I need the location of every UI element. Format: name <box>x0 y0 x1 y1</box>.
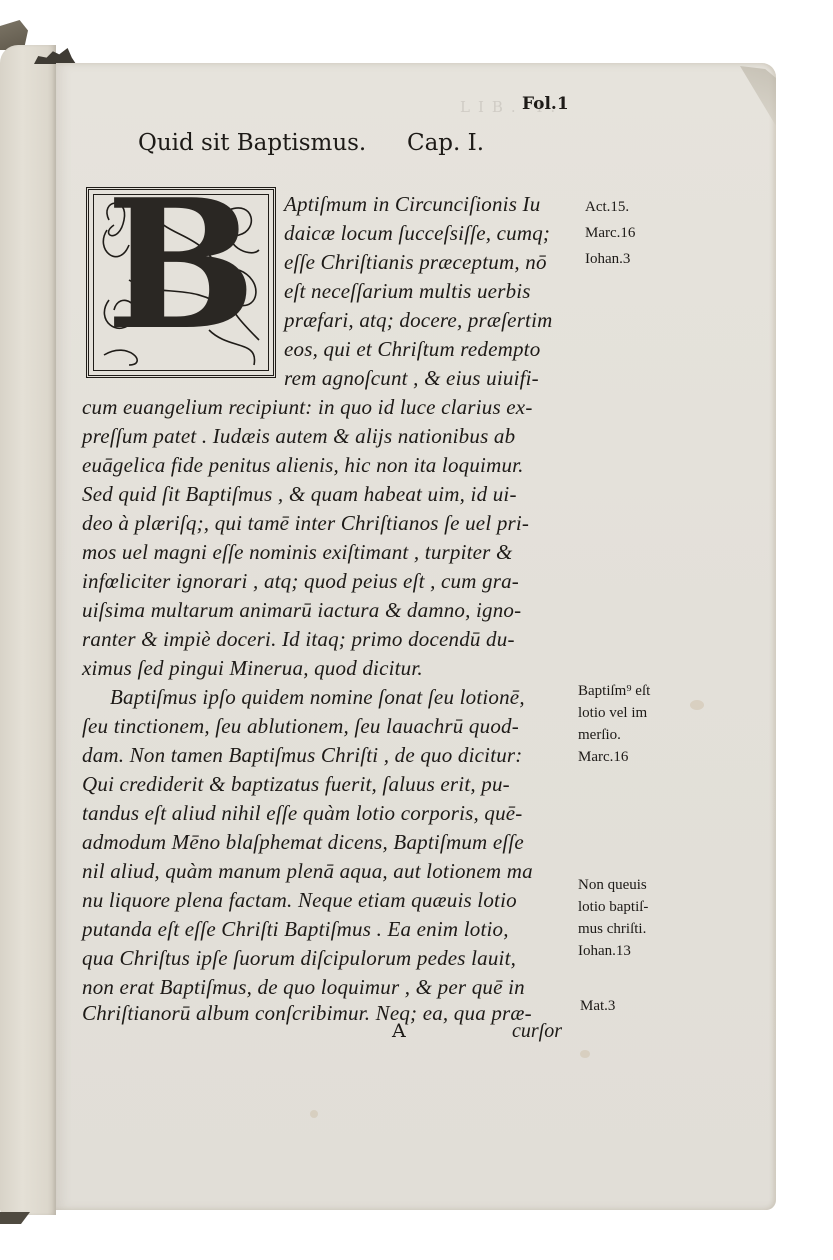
text-line: rem agnoſcunt , & eius uiuifi- <box>284 366 539 391</box>
margin-note-line: Iohan.3 <box>585 246 635 272</box>
foxing-stain <box>690 700 704 710</box>
text-line: preſſum patet . Iudæis autem & alijs nat… <box>82 424 515 449</box>
text-line: eſſe Chriſtianis præceptum, nō <box>284 250 547 275</box>
margin-note-line: Baptiſm⁹ eſt <box>578 680 650 702</box>
margin-note-line: lotio vel im <box>578 702 650 724</box>
text-line: putanda eſt eſſe Chriſti Baptiſmus . Ea … <box>82 917 509 942</box>
text-line: mos uel magni eſſe nominis exiſtimant , … <box>82 540 513 565</box>
text-line: ranter & impiè doceri. Id itaq; primo do… <box>82 627 515 652</box>
margin-note-line: mus chriſti. <box>578 918 648 940</box>
text-line: euāgelica fide penitus alienis, hic non … <box>82 453 524 478</box>
margin-note-not-any-washing: Non queuis lotio baptiſ- mus chriſti. Io… <box>578 874 648 962</box>
text-line: ſeu tinctionem, ſeu ablutionem, ſeu laua… <box>82 714 519 739</box>
margin-note-line: Marc.16 <box>585 220 635 246</box>
text-line: præfari, atq; docere, præſertim <box>284 308 553 333</box>
margin-note-line: Non queuis <box>578 874 648 896</box>
text-line: admodum Mēno blaſphemat dicens, Baptiſmu… <box>82 830 524 855</box>
chapter-number: Cap. I. <box>407 130 484 156</box>
decorated-initial: B <box>86 187 276 378</box>
text-line: eſt neceſſarium multis uerbis <box>284 279 531 304</box>
margin-note-line: Iohan.13 <box>578 940 648 962</box>
text-line: Chriſtianorū album conſcribimur. Neq; ea… <box>82 1001 532 1026</box>
initial-letter: B <box>89 176 273 354</box>
margin-note-baptism-definition: Baptiſm⁹ eſt lotio vel im merſio. Marc.1… <box>578 680 650 768</box>
text-line: daicæ locum ſucceſsiſſe, cumq; <box>284 221 550 246</box>
text-line: Aptiſmum in Circunciſionis Iu <box>284 192 540 217</box>
text-line: qua Chriſtus ipſe ſuorum diſcipulorum pe… <box>82 946 516 971</box>
margin-note-line: merſio. <box>578 724 650 746</box>
signature-mark: A <box>392 1020 406 1042</box>
text-line: nil aliud, quàm manum plenā aqua, aut lo… <box>82 859 533 884</box>
margin-note-matthew: Mat.3 <box>580 995 615 1017</box>
catchword: curſor <box>512 1020 562 1043</box>
margin-note-references: Act.15. Marc.16 Iohan.3 <box>585 194 635 272</box>
text-line: infœliciter ignorari , atq; quod peius e… <box>82 569 519 594</box>
text-line: eos, qui et Chriſtum redempto <box>284 337 540 362</box>
foxing-stain <box>580 1050 590 1058</box>
text-line: ximus ſed pingui Mineruа, quod dicitur. <box>82 656 423 681</box>
margin-note-line: Mat.3 <box>580 995 615 1017</box>
text-line: tandus eſt aliud nihil eſſe quàm lotio c… <box>82 801 523 826</box>
chapter-title: Quid sit Baptismus. <box>138 130 366 156</box>
foxing-stain <box>310 1110 318 1118</box>
binding-cover-fragment-bottom <box>0 1212 30 1224</box>
text-line: deo à plæriſq;, qui tamē inter Chriſtian… <box>82 511 529 536</box>
text-line: nu liquore plena factam. Neque etiam quæ… <box>82 888 517 913</box>
text-line: uiſsima multarum animarū iactura & damno… <box>82 598 521 623</box>
margin-note-line: Act.15. <box>585 194 635 220</box>
book-photograph: LIB. I. Fol.1 Quid sit Baptismus. Cap. I… <box>0 0 833 1260</box>
text-line: dam. Non tamen Baptiſmus Chriſti , de qu… <box>82 743 523 768</box>
text-line: cum euangelium recipiunt: in quo id luce… <box>82 395 533 420</box>
text-line: Sed quid ſit Baptiſmus , & quam habeat u… <box>82 482 517 507</box>
margin-note-line: Marc.16 <box>578 746 650 768</box>
left-page-edge <box>0 45 56 1215</box>
text-line: Qui crediderit & baptizatus fuerit, ſalu… <box>82 772 510 797</box>
text-line: Baptiſmus ipſo quidem nomine ſonat ſeu l… <box>110 685 525 710</box>
text-line: non erat Baptiſmus, de quo loquimur , & … <box>82 975 525 1000</box>
folio-number: Fol.1 <box>522 94 569 114</box>
margin-note-line: lotio baptiſ- <box>578 896 648 918</box>
